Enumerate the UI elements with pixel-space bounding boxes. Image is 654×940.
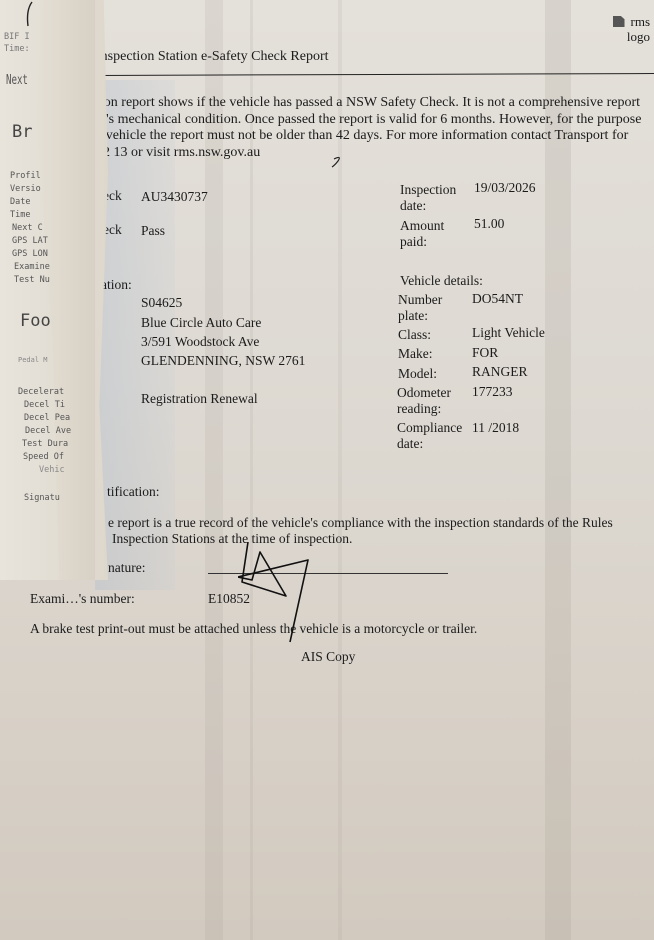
intro-line: e vehicle the report must not be older t… — [96, 128, 654, 145]
make-label: Make: — [398, 346, 433, 362]
certification-heading: tification: — [107, 483, 159, 500]
receipt-field: Decelerat — [18, 386, 64, 399]
receipt-field: Decel Ave — [25, 425, 71, 438]
receipt-heading-foot: Foo — [20, 311, 51, 331]
receipt-field: Test Dura — [22, 438, 68, 451]
station-address: 3/591 Woodstock Ave — [141, 333, 259, 350]
receipt-field: Date — [10, 196, 30, 209]
receipt-field: Time — [10, 209, 30, 222]
odometer-value: 177233 — [472, 383, 513, 400]
inspection-date-value: 19/03/2026 — [474, 179, 536, 196]
receipt-field: Pedal M — [18, 356, 48, 364]
receipt-text: Next — [6, 73, 28, 88]
compliance-date-label: Compliance date: — [397, 420, 471, 452]
number-plate-value: DO54NT — [472, 290, 523, 307]
intro-line: 22 13 or visit rms.nsw.gov.au — [96, 145, 654, 162]
logo-alt-text: rms — [631, 14, 651, 29]
number-plate-label: Number plate: — [398, 292, 458, 324]
receipt-field: Test Nu — [14, 274, 50, 287]
inspection-date-label: Inspection date: — [400, 182, 468, 214]
check-number-value: AU3430737 — [141, 188, 208, 205]
inspection-purpose: Registration Renewal — [141, 390, 258, 407]
receipt-field: Speed Of — [23, 451, 64, 464]
examiner-number-label: Exami…'s number: — [30, 590, 135, 607]
report-title: Inspection Station e-Safety Check Report — [96, 49, 329, 65]
class-value: Light Vehicle — [472, 324, 545, 341]
receipt-pen-mark — [20, 0, 40, 30]
certification-line: e report is a true record of the vehicle… — [108, 514, 613, 531]
class-label: Class: — [398, 327, 431, 343]
receipt-field: Decel Pea — [24, 412, 70, 425]
broken-image-icon — [613, 16, 625, 27]
handwritten-signature — [238, 542, 318, 652]
station-name: Blue Circle Auto Care — [141, 314, 261, 331]
intro-line: tion report shows if the vehicle has pas… — [96, 95, 654, 112]
check-result-value: Pass — [141, 222, 165, 239]
intro-line: le's mechanical condition. Once passed t… — [96, 112, 654, 129]
amount-paid-value: 51.00 — [474, 215, 504, 232]
receipt-field: GPS LAT — [12, 235, 48, 248]
model-label: Model: — [398, 366, 437, 382]
odometer-label: Odometer reading: — [397, 385, 461, 417]
intro-paragraph: tion report shows if the vehicle has pas… — [96, 95, 654, 161]
pen-mark — [330, 155, 346, 169]
make-value: FOR — [472, 344, 498, 361]
vehicle-details-heading: Vehicle details: — [400, 272, 483, 289]
receipt-field: Next C — [12, 222, 43, 235]
receipt-field: Examine — [14, 261, 50, 274]
rms-logo: rms logo — [613, 14, 651, 44]
amount-paid-label: Amount paid: — [400, 218, 462, 250]
receipt-field: Signatu — [24, 492, 60, 505]
logo-alt-text: logo — [613, 29, 651, 44]
station-id: S04625 — [141, 294, 182, 311]
station-label: ation: — [101, 276, 132, 293]
receipt-field: Vehic — [39, 464, 65, 477]
receipt-text: Time: — [4, 43, 30, 56]
receipt-field: GPS LON — [12, 248, 48, 261]
station-suburb: GLENDENNING, NSW 2761 — [141, 352, 305, 369]
report-page: rms logo Inspection Station e-Safety Che… — [0, 0, 654, 940]
model-value: RANGER — [472, 363, 528, 380]
receipt-field: Decel Ti — [24, 399, 65, 412]
receipt-field: Profil — [10, 170, 41, 183]
receipt-heading-brake: Br — [12, 122, 32, 142]
examiner-signature-label-right: nature: — [108, 559, 145, 576]
receipt-field: Versio — [10, 183, 41, 196]
compliance-date-value: 11 /2018 — [472, 419, 519, 436]
